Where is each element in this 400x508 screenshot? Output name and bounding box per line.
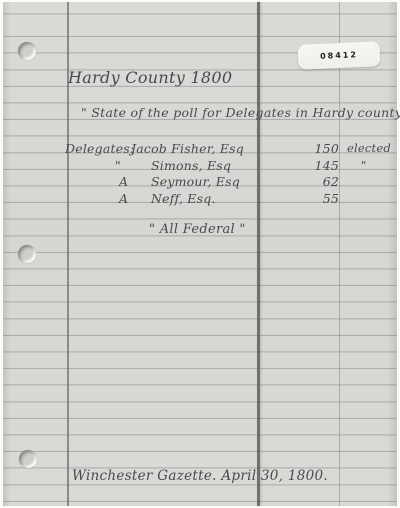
page-title: Hardy County 1800 (68, 68, 232, 87)
row-prefix: A (119, 173, 128, 190)
vote-count: 150 (301, 140, 339, 157)
result-note: elected (347, 140, 391, 157)
punch-hole-bottom (19, 450, 37, 468)
vote-count: 62 (301, 173, 339, 190)
vote-count: 145 (301, 157, 339, 174)
row-prefix: Delegates: (65, 140, 134, 157)
result-note: " (361, 157, 367, 174)
notebook-paper: 08412 Hardy County 1800 " State of the p… (3, 2, 397, 506)
punch-hole-top (18, 42, 36, 60)
table-row: " Simons, Esq 145 " (3, 157, 397, 174)
punch-hole-middle (18, 245, 36, 263)
table-row: A Seymour, Esq 62 (3, 173, 397, 190)
right-column-rule-line (339, 2, 340, 506)
row-prefix: A (119, 190, 128, 207)
source-citation: Winchester Gazette. April 30, 1800. (72, 468, 328, 484)
poll-heading: " State of the poll for Delegates in Har… (81, 105, 400, 120)
catalog-number: 08412 (320, 50, 358, 61)
table-row: Delegates: Jacob Fisher, Esq 150 elected (3, 140, 397, 157)
federal-note: " All Federal " (149, 222, 246, 237)
row-prefix: " (115, 157, 121, 174)
candidate-name: Seymour, Esq (151, 173, 240, 190)
candidate-name: Simons, Esq (151, 157, 231, 174)
scanned-document-page: 08412 Hardy County 1800 " State of the p… (0, 0, 400, 508)
candidate-name: Neff, Esq. (151, 190, 216, 207)
table-row: A Neff, Esq. 55 (3, 190, 397, 207)
catalog-label-sticker: 08412 (297, 41, 380, 70)
center-seam-rule-line (257, 2, 260, 506)
vote-count: 55 (301, 190, 339, 207)
candidate-name: Jacob Fisher, Esq (131, 140, 244, 157)
